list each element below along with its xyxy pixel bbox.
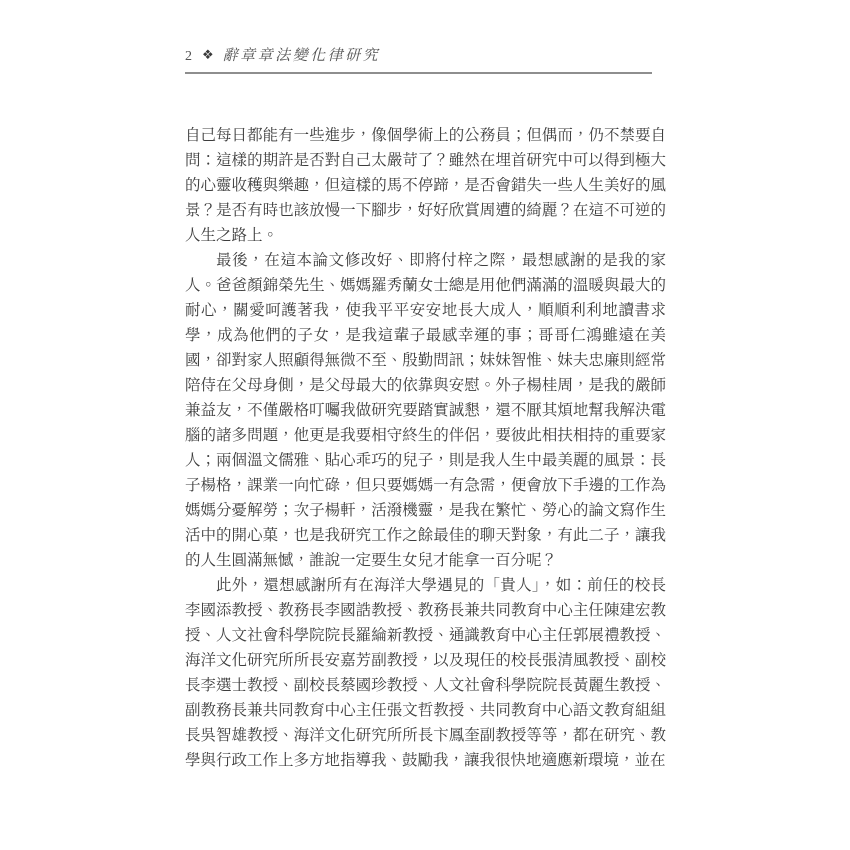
diamond-ornament-icon: ❖: [202, 47, 214, 63]
book-page: 2 ❖ 辭章章法變化律研究 自己每日都能有一些進步，像個學術上的公務員；但偶而，…: [0, 0, 850, 850]
page-number: 2: [185, 49, 193, 65]
running-header: 2 ❖ 辭章章法變化律研究: [185, 44, 652, 74]
paragraph: 最後，在這本論文修改好、即將付梓之際，最想感謝的是我的家人。爸爸顏錦榮先生、媽媽…: [185, 248, 666, 573]
body-text: 自己每日都能有一些進步，像個學術上的公務員；但偶而，仍不禁要自問：這樣的期許是否…: [185, 123, 666, 773]
paragraph: 自己每日都能有一些進步，像個學術上的公務員；但偶而，仍不禁要自問：這樣的期許是否…: [185, 123, 666, 248]
paragraph: 此外，還想感謝所有在海洋大學遇見的「貴人」，如：前任的校長李國添教授、教務長李國…: [185, 573, 666, 773]
book-title: 辭章章法變化律研究: [223, 44, 381, 65]
